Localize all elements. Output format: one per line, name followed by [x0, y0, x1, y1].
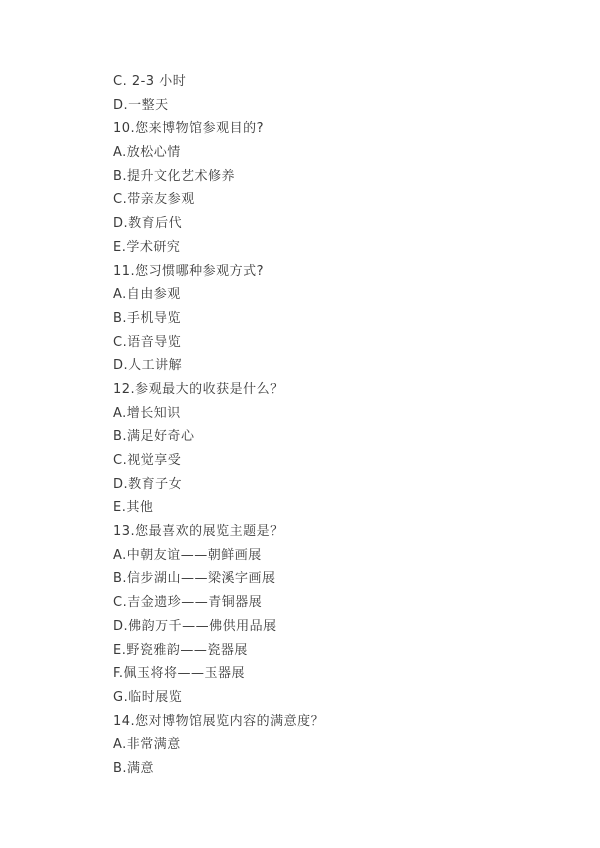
question-line: 10.您来博物馆参观目的? — [113, 117, 580, 141]
survey-lines-container: C. 2-3 小时D.一整天10.您来博物馆参观目的?A.放松心情B.提升文化艺… — [113, 70, 580, 781]
option-line: C.语音导览 — [113, 331, 580, 355]
option-line: B.信步湖山——梁溪字画展 — [113, 567, 580, 591]
option-line: C.吉金遗珍——青铜器展 — [113, 591, 580, 615]
option-line: A.中朝友谊——朝鲜画展 — [113, 544, 580, 568]
option-line: F.佩玉将将——玉器展 — [113, 662, 580, 686]
option-line: B.满足好奇心 — [113, 425, 580, 449]
question-line: 11.您习惯哪种参观方式? — [113, 260, 580, 284]
option-line: D.人工讲解 — [113, 354, 580, 378]
option-line: B.满意 — [113, 757, 580, 781]
option-line: A.自由参观 — [113, 283, 580, 307]
option-line: B.提升文化艺术修养 — [113, 165, 580, 189]
option-line: C.视觉享受 — [113, 449, 580, 473]
question-line: 14.您对博物馆展览内容的满意度？ — [113, 710, 580, 734]
option-line: C.带亲友参观 — [113, 188, 580, 212]
option-line: E.其他 — [113, 496, 580, 520]
option-line: A.放松心情 — [113, 141, 580, 165]
option-line: A.增长知识 — [113, 402, 580, 426]
option-line: D.教育子女 — [113, 473, 580, 497]
option-line: D.佛韵万千——佛供用品展 — [113, 615, 580, 639]
option-line: E.野瓷雅韵——瓷器展 — [113, 639, 580, 663]
option-line: B.手机导览 — [113, 307, 580, 331]
question-line: 12.参观最大的收获是什么？ — [113, 378, 580, 402]
option-line: D.教育后代 — [113, 212, 580, 236]
option-line: D.一整天 — [113, 94, 580, 118]
option-line: C. 2-3 小时 — [113, 70, 580, 94]
option-line: A.非常满意 — [113, 733, 580, 757]
question-line: 13.您最喜欢的展览主题是？ — [113, 520, 580, 544]
option-line: E.学术研究 — [113, 236, 580, 260]
survey-document-page: C. 2-3 小时D.一整天10.您来博物馆参观目的?A.放松心情B.提升文化艺… — [0, 0, 600, 848]
option-line: G.临时展览 — [113, 686, 580, 710]
